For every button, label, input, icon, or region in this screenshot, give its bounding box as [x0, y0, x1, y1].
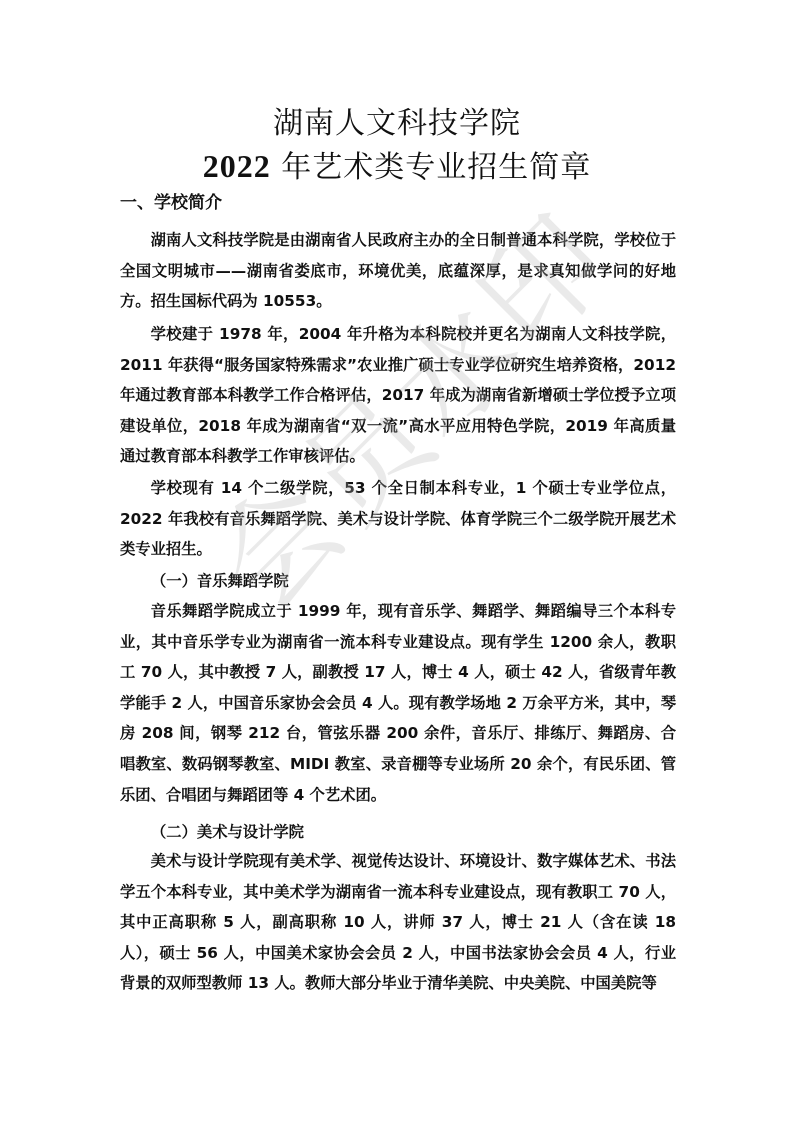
paragraph-school-overview: 湖南人文科技学院是由湖南省人民政府主办的全日制普通本科学院，学校位于全国文明城市…: [120, 225, 676, 317]
subsection-heading-music-dance: （一）音乐舞蹈学院: [151, 569, 289, 591]
paragraph-school-scale: 学校现有 14 个二级学院，53 个全日制本科专业，1 个硕士专业学位点，202…: [120, 473, 676, 565]
subtitle-year: 2022: [203, 148, 271, 184]
document-page: 湖南人文科技学院 2022 年艺术类专业招生简章 一、学校简介 湖南人文科技学院…: [0, 0, 794, 1123]
section-heading-school-intro: 一、学校简介: [120, 188, 222, 213]
document-subtitle: 2022 年艺术类专业招生简章: [0, 142, 794, 186]
subsection-heading-art-design: （二）美术与设计学院: [151, 820, 304, 842]
paragraph-school-history: 学校建于 1978 年，2004 年升格为本科院校并更名为湖南人文科技学院，20…: [120, 319, 676, 472]
paragraph-art-design-college: 美术与设计学院现有美术学、视觉传达设计、环境设计、数字媒体艺术、书法学五个本科专…: [120, 846, 676, 999]
subtitle-text: 年艺术类专业招生简章: [271, 150, 592, 185]
paragraph-music-dance-college: 音乐舞蹈学院成立于 1999 年，现有音乐学、舞蹈学、舞蹈编导三个本科专业，其中…: [120, 596, 676, 810]
document-title: 湖南人文科技学院: [0, 98, 794, 142]
